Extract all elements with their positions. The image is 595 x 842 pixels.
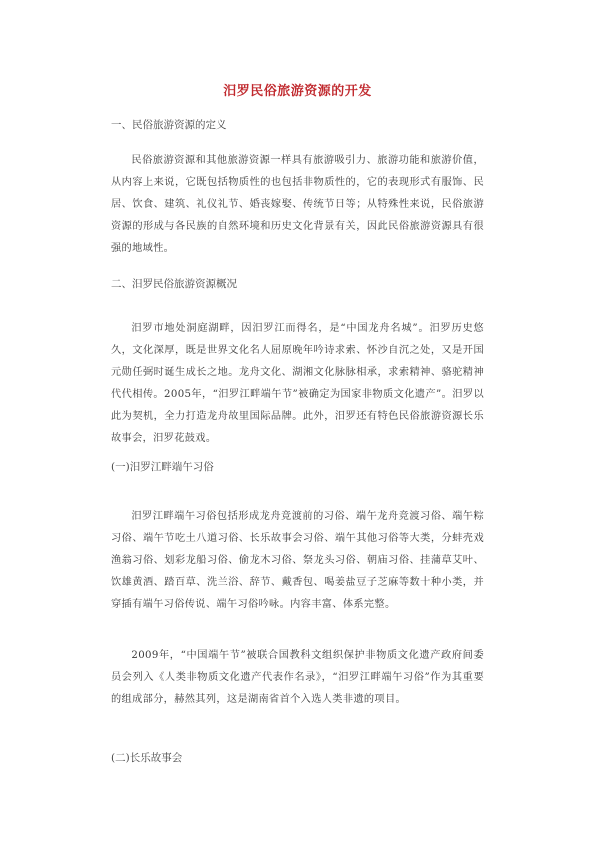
- section-heading-definition: 一、民俗旅游资源的定义: [111, 117, 227, 132]
- document-page: 汨罗民俗旅游资源的开发 一、民俗旅游资源的定义 民俗旅游资源和其他旅游资源一样具…: [0, 0, 595, 842]
- subsection-heading-dragon-boat: (一)汨罗江畔端午习俗: [111, 459, 214, 474]
- paragraph-unesco: 2009年，“中国端午节”被联合国教科文组织保护非物质文化遗产政府间委员会列入《…: [111, 645, 484, 711]
- paragraph-definition: 民俗旅游资源和其他旅游资源一样具有旅游吸引力、旅游功能和旅游价值，从内容上来说，…: [111, 150, 484, 260]
- document-title: 汨罗民俗旅游资源的开发: [0, 80, 595, 99]
- subsection-heading-changle: (二)长乐故事会: [111, 750, 182, 765]
- paragraph-dragon-boat-customs: 汨罗江畔端午习俗包括形成龙舟竞渡前的习俗、端午龙舟竞渡习俗、端午粽习俗、端午节吃…: [111, 506, 484, 616]
- paragraph-overview: 汨罗市地处洞庭湖畔，因汨罗江而得名，是“中国龙舟名城”。汨罗历史悠久，文化深厚，…: [111, 318, 484, 450]
- section-heading-overview: 二、汨罗民俗旅游资源概况: [111, 276, 237, 291]
